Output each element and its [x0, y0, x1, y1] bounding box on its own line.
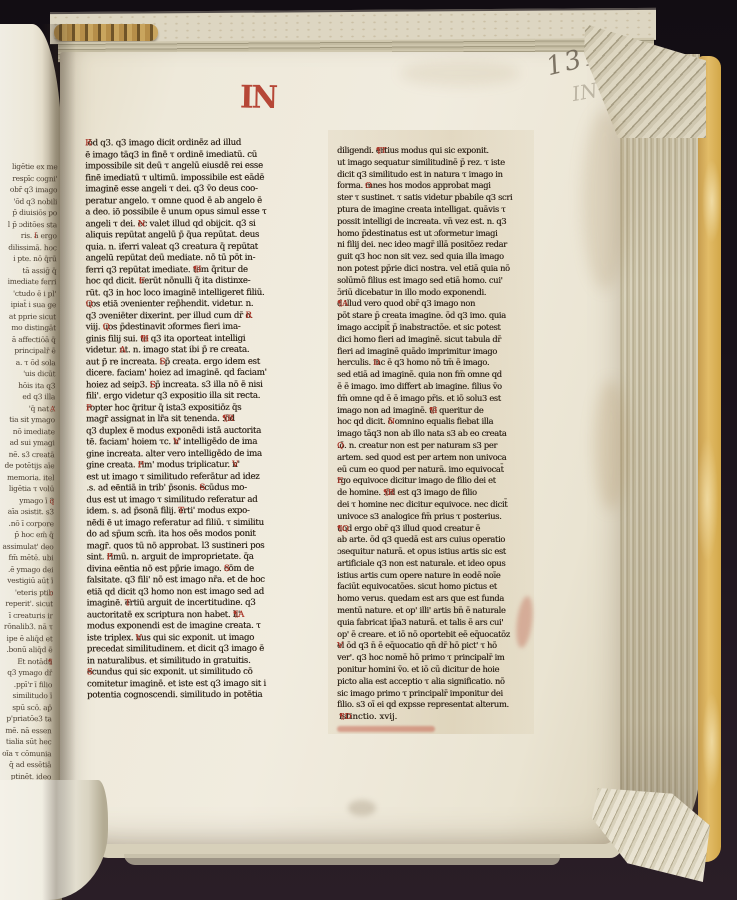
text-line: rōnalib3. nā τ [0, 621, 53, 633]
text-line: sed etiā ad imaginē. quia non fm̄ omne q… [337, 369, 525, 381]
text-line: ppī'r ī filio. [0, 678, 52, 690]
text-line: ginis filij sui. ¶Ite q3 ita oporteat in… [86, 333, 334, 345]
text-line: ed q3 illa [1, 391, 55, 403]
text-line: angeli τ dei. Nec valet illud qd obijcit… [85, 218, 333, 230]
text-line: auctoritatē ex scriptura non habet. ¶Ali… [87, 609, 335, 621]
text-line: ver'. q3 hoc nomē hō primo τ principalr̄… [337, 652, 525, 664]
folio-number-ghost: IN [570, 78, 599, 106]
text-line: imaginē esse angeli τ dei. q3 v̄o deus c… [85, 184, 333, 196]
fore-edge-pages [618, 54, 700, 836]
text-line: imago accipit̄ p̄ inabstractōe. et sic p… [337, 322, 525, 334]
text-line: homo verus. quedam est ars que est funda [337, 593, 525, 605]
text-line: dus est ut imago τ similitudo referatur … [86, 494, 334, 506]
text-line: istius artis cum opere nature in eodē no… [337, 570, 525, 582]
text-line: forma. Omnes hos modos approbat magi [337, 180, 525, 192]
text-line: potentia cognoscendi. similitudo in potē… [87, 690, 335, 702]
text-line: peratur angelo. τ omne quod ē ab angelo … [85, 195, 333, 207]
text-line: memoria. itel [0, 471, 54, 483]
text-line: non potest pp̄rie dici nostra. vel etiā … [337, 263, 525, 275]
text-line: magr̄. quos tū nō approbat. l3 sustineri… [86, 540, 334, 552]
text-line: ipe ē aliq̄d et [0, 632, 53, 644]
text-line: univoce s3 analogice fm̄ prius τ posteri… [337, 511, 525, 523]
text-line: nō ī corpore. [0, 517, 54, 529]
text-line: ē ē imago. imo differt ab imagine. filiu… [337, 381, 525, 393]
text-line: mē. nā essen [0, 724, 52, 736]
text-line: ptura de imagine creata intelligat. quāv… [337, 204, 525, 216]
text-line: op' ē creare. et iō nō oportebit eē eq̄u… [337, 629, 525, 641]
text-line: faciūt equivocatōes. sicut homo pictus e… [337, 581, 525, 593]
text-line: homo p̄destinatus est ut ɔformetur imagi [337, 228, 525, 240]
text-line: assimulat' deo [0, 540, 54, 552]
text-line: .s. ad eēntiā in trib' p̄sonis. Secūdus … [86, 483, 334, 495]
text-line: Propter hoc q̄ritur q̄ ista3 expositiōz … [86, 402, 334, 414]
text-line: iste triplex. Vnus qui sic exponit. ut i… [87, 632, 335, 644]
text-line: a. τ ōd sola [1, 356, 55, 368]
under-page-lip-2 [124, 854, 560, 865]
text-line: picto alia est acceptio τ alia significa… [337, 676, 525, 688]
text-line: spū scō. ap̄ [0, 701, 52, 713]
distinctio-heading: ¶Distinctio. xvij. [339, 712, 527, 722]
text-line: bonū aliq̄d ē. [0, 644, 53, 656]
text-line: viij. Quos p̄destinavit ɔformes fieri im… [86, 322, 334, 334]
text-line: ā affectiōā q̄ [2, 333, 56, 345]
text-line: impossibile sit deū τ angelū eiusdē rei … [85, 161, 333, 173]
text-line: hoc qd dicit. Nō omnino equalis fiebat i… [337, 416, 525, 428]
bottom-left-page-curve [0, 780, 108, 900]
text-line: Vel ōd q3 n̄ ē eq̄uocatio qn̄ dr̄ hō pic… [337, 640, 525, 652]
text-line: fieri ad imaginē quādo imprimitur imago [337, 346, 525, 358]
text-line: nēdi ē ut imago referatur ad filiū. τ si… [86, 517, 334, 529]
text-line: precedat similitudinem. et dicit q3 imag… [87, 644, 335, 656]
text-line: fm̄ omne qd ē ē imago pr̄is. et iō solu3… [337, 393, 525, 405]
text-line: ipiat̄ i sua ge [2, 299, 56, 311]
text-line: ferri q3 repūtat imediate. ¶Item q̄ritur… [85, 264, 333, 276]
text-line: ē imago tāq3 in finē τ ordinē imediatū. … [85, 149, 333, 161]
text-line: possit intelligi de increata. vn̄ vez es… [337, 216, 525, 228]
text-line: dici homo fieri ad imaginē. sicut tabula… [337, 334, 525, 346]
book-photo: ligētie ex me'respīc cogniobr̄ q3 imagoō… [0, 0, 737, 900]
text-line: a deo. iō possibile ē unum opus simul es… [85, 207, 333, 219]
text-line: herculis. Dinc ē q3 homo nō tm̄ ē imago. [337, 357, 525, 369]
text-line: hoc qd dicit. Fuerūt nōnulli q̄ ita dist… [85, 276, 333, 288]
text-line: tē. faciam' hoiem τc. Vn' intelligēdo de… [86, 437, 334, 449]
text-line: fm̄ mētē. ubi [0, 552, 54, 564]
text-line: ris. Iā ergo [3, 230, 57, 242]
text-line: dei τ homine nec dicitur equivoce. nec d… [337, 499, 525, 511]
text-line: gine increata. alter vero intelligēdo de… [86, 448, 334, 460]
text-line: dicit q3 similitudo est in natura τ imag… [337, 169, 525, 181]
text-line: guit q3 hoc non sit vez. sed quia illa i… [337, 251, 525, 263]
text-line: comitetur imaginē. et iste est q3 imago … [87, 678, 335, 690]
text-line: divina eēntia nō est pp̄rie imago. Scōm … [87, 563, 335, 575]
text-line: ¶Et notādū [0, 655, 52, 667]
text-line: obr̄ q3 imago [3, 184, 57, 196]
text-line: etiā qd dicit q3 homo non est imago sed … [87, 586, 335, 598]
text-line: ni filij dei. nec ideo magr̄ illā positō… [337, 239, 525, 251]
text-line: idem. s. ad p̄sonā filij. Terti' modus e… [86, 506, 334, 518]
text-line: diligendi. ¶Tertius modus qui sic exponi… [337, 145, 525, 157]
text-line: 'ctudo ē i pl' [2, 287, 56, 299]
text-line: ad sui ymagi [1, 437, 55, 449]
text-line: ponitur homini v̄o. et iō cū dicitur de … [337, 664, 525, 676]
text-line: imaginē. Tertiū arguit de incertitudine.… [87, 598, 335, 610]
text-line: ab arte. ōd q3 quedā est ars cuius opera… [337, 534, 525, 546]
text-line: quia. n. iferri valeat q3 creatura q̄ re… [85, 241, 333, 253]
text-line: filio. s3 oī ei qd expsse representat al… [337, 699, 525, 711]
text-line: gine creata. Prim' modus triplicatur. Vn… [86, 460, 334, 472]
text-line: tialia sūt hec [0, 736, 52, 748]
text-line: artificiale q3 non est naturale. et ideo… [337, 558, 525, 570]
text-line: ɔsequitur naturā. et opus istius artis s… [337, 546, 525, 558]
text-line: ster τ sustinet. τ satis videtur pbabile… [337, 192, 525, 204]
text-line: finē imediatū τ ultimū. impossibile est … [85, 172, 333, 184]
text-line: angelū repūtat deū mediate. nō tū pōt in… [85, 253, 333, 265]
text-line: imago non ad imaginē. ¶Itē queritur de [337, 405, 525, 417]
running-head: IN [240, 80, 277, 113]
text-line: similitudo ī [0, 690, 52, 702]
text-line: p̄ diuisiōs po [3, 207, 57, 219]
text-line: mo distingāt [2, 322, 56, 334]
text-line: rūt. q3 in hoc loco imaginē intelligeret… [86, 287, 334, 299]
text-line: magr̄ assignat in lr̄a sit tenenda. ¶R.ō… [86, 414, 334, 426]
text-line: sint. Primū. n. arguit de improprietate.… [86, 552, 334, 564]
text-line: mentū nature. et op' illi' artis bn̄ ē n… [337, 605, 525, 617]
text-line: falsitate. q3 fili' nō est imago nr̄a. e… [87, 575, 335, 587]
text-line: oīa τ cōmunia [0, 747, 51, 759]
text-line: tā assiḡ q̄ [2, 264, 56, 276]
text-line: ligētia τ volū [0, 483, 54, 495]
text-line: l p̄ ɔditōes sta [3, 218, 57, 230]
text-line: p'priatōe3 ta [0, 713, 52, 725]
cover-board-edge [698, 56, 721, 862]
text-line: q3 duplex ē modus exponēdi istā auctorit… [86, 425, 334, 437]
text-line: videtur. Aut. n. imago stat ibi p̄ re cr… [86, 345, 334, 357]
text-line: 'respīc cogni [3, 172, 57, 184]
text-line: principalr̄ ē [2, 345, 56, 357]
text-line: A', q̄ nat' [1, 402, 55, 414]
text-line: Secundus qui sic exponit. ut similitudo … [87, 667, 335, 679]
text-line: reperit'. sicut [0, 598, 53, 610]
text-line: ligētie ex me [3, 161, 57, 173]
text-line: Ergo equivoce dicitur imago de filio dei… [337, 475, 525, 487]
text-line: solūmō filius est imago sed etiā homo. c… [337, 275, 525, 287]
text-line: ē ymago dei. [0, 563, 53, 575]
headband-braid [54, 24, 158, 41]
text-line: q3 ymago dr̄ [0, 667, 52, 679]
text-line: hōis ita q3 [1, 379, 55, 391]
text-line: dicere. faciam' hoiez ad imaginē. qd fac… [86, 368, 334, 380]
text-line: Q.ō. n. creatur non est per naturam s3 p… [337, 440, 525, 452]
text-line: ¶Quod ergo obr̄ q3 illud quod creatur ē [337, 523, 525, 535]
text-line: q̄ ad essētiā [0, 759, 51, 771]
text-line: R.ōd q3. q3 imago dicit ordinēz ad illud [85, 138, 333, 150]
text-line: imago tāq3 non ab illo nata s3 ab eo cre… [337, 428, 525, 440]
text-line: modus exponendi est de imagine creata. τ [87, 621, 335, 633]
text-line: ɔ̄riū dicebatur in illo modo exponendi. [337, 287, 525, 299]
text-line: i pte. nō q̄rū [3, 253, 57, 265]
text-line: tia sit ymago [1, 414, 55, 426]
text-line: aliquis repūtat angelū p̄ q̄ua repūtat. … [85, 230, 333, 242]
text-line: aut p̄ re increata. Si p̄ creata. ergo i… [86, 356, 334, 368]
left-page-edge: ligētie ex me'respīc cogniobr̄ q3 imagoō… [0, 24, 62, 900]
text-line: nē. s3 creatā [0, 448, 54, 460]
text-line: ōd q3 nobili' [3, 195, 57, 207]
text-line: artem. sed quod est per artem non univoc… [337, 452, 525, 464]
text-line: nō imediate [1, 425, 55, 437]
text-line: hoiez ad seip3. Si p̄ increata. s3 illa … [86, 379, 334, 391]
text-line: quia fabricat ip̄a3 naturā. et talis ē a… [337, 617, 525, 629]
text-line: ut imago sequatur similitudinē p̄ rez. τ… [337, 157, 525, 169]
text-line: est ut imago τ similitudo referātur ad i… [86, 471, 334, 483]
text-line: q3 ymago ī [0, 494, 54, 506]
text-line: in naturalibus. et similitudo in gratuit… [87, 655, 335, 667]
text-line: at pprie sicut [2, 310, 56, 322]
text-line: pōt stare p̄ creata imagine. ōd q3 imo. … [337, 310, 525, 322]
right-page: IN 131 IN R.ōd q3. q3 imago dicit ordinē… [60, 52, 620, 844]
text-line: de homine. ¶R.ōd est q3 imago de filio [337, 487, 525, 499]
text-line: uis dicūt' [1, 368, 55, 380]
text-line: eū cum eo quod per naturā. imo equivocat… [337, 464, 525, 476]
text-line: fili'. ergo videtur q3 expositio illa si… [86, 391, 334, 403]
text-line: do ad sp̄um scm̄. ita hos oēs modos poni… [86, 529, 334, 541]
text-line: sic imago primo τ principalr̄ imponitur … [337, 688, 525, 700]
text-line: p̄ hoc em̄ q̄ [0, 529, 54, 541]
text-line: ¶Ad illud vero quod obr̄ q3 imago non [337, 298, 525, 310]
text-line: aīa ɔsistit. s3 [0, 506, 54, 518]
text-column-left: R.ōd q3. q3 imago dicit ordinēz ad illud… [85, 138, 335, 702]
text-line: de potētijs aīe [0, 460, 54, 472]
text-line: Quos etiā ɔvenienter rep̄hendit. videtur… [86, 299, 334, 311]
text-line: ī creaturis ir [0, 609, 53, 621]
text-line: ceteris ptib' [0, 586, 53, 598]
text-line: vestigiū aūt ī [0, 575, 53, 587]
text-line: dilissimā. hoc [3, 241, 57, 253]
rubric-underline [337, 726, 435, 732]
text-line: q3 ɔveniēter dixerint. per illud cum dr̄… [86, 310, 334, 322]
left-page-text-fragments: ligētie ex me'respīc cogniobr̄ q3 imagoō… [0, 161, 58, 852]
text-column-right: diligendi. ¶Tertius modus qui sic exponi… [337, 145, 525, 711]
text-line: imediate ferri [2, 276, 56, 288]
